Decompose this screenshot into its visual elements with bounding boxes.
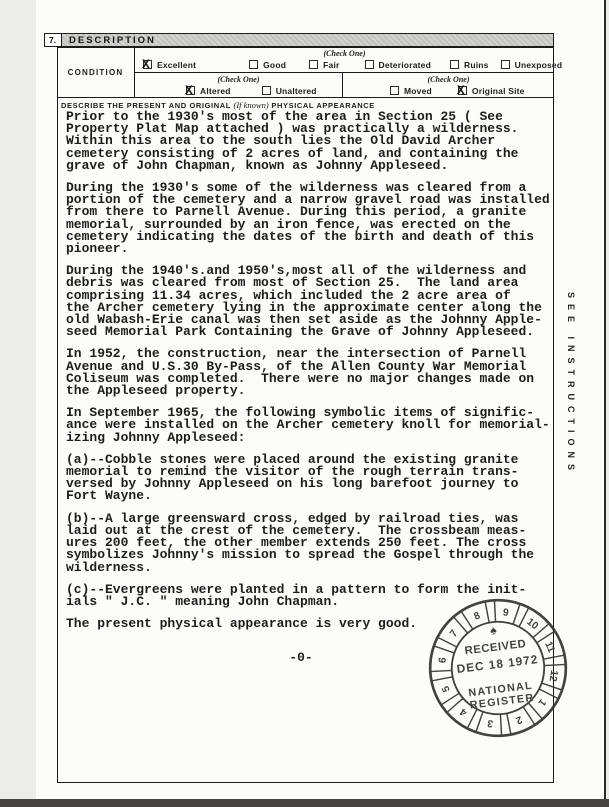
checkbox-option-unaltered[interactable]: Unaltered	[262, 86, 317, 96]
altered-cell: (Check One) AlteredUnaltered	[135, 73, 343, 98]
typewritten-paragraph: During the 1940's.and 1950's,most all of…	[66, 265, 558, 338]
checkbox-icon[interactable]	[390, 86, 399, 95]
checkbox-option-excellent[interactable]: Excellent	[143, 60, 196, 70]
checkbox-label: Altered	[200, 86, 231, 96]
checkbox-label: Ruins	[464, 60, 489, 70]
typewritten-paragraph: In 1952, the construction, near the inte…	[66, 348, 558, 397]
checkbox-icon[interactable]	[309, 60, 318, 69]
section-header-bar: 7. DESCRIPTION	[44, 33, 554, 47]
checkbox-option-ruins[interactable]: Ruins	[450, 60, 489, 70]
checkbox-icon[interactable]	[249, 60, 258, 69]
checkbox-icon[interactable]	[501, 60, 510, 69]
scan-bottom-edge	[0, 799, 609, 807]
stamp-dial-number: 3	[486, 717, 493, 729]
stamp-dial-number: 2	[514, 713, 524, 725]
stamp-dial-number: 8	[473, 610, 483, 622]
checkbox-label: Fair	[323, 60, 339, 70]
section-number: 7.	[44, 33, 62, 47]
condition-options-row1: ExcellentGoodFairDeterioratedRuinsUnexpo…	[135, 58, 554, 71]
checkbox-label: Unexposed	[515, 60, 563, 70]
checkbox-checked-icon[interactable]	[143, 60, 152, 69]
check-one-label-3: (Check One)	[343, 75, 554, 84]
typewritten-paragraph: In September 1965, the following symboli…	[66, 407, 558, 444]
condition-options-row2-left: AlteredUnaltered	[135, 84, 342, 97]
checkbox-option-altered[interactable]: Altered	[186, 86, 231, 96]
checkbox-option-deteriorated[interactable]: Deteriorated	[365, 60, 431, 70]
check-one-label-2: (Check One)	[135, 75, 342, 84]
typewritten-paragraph: (a)--Cobble stones were placed around th…	[66, 454, 558, 503]
checkbox-label: Excellent	[157, 60, 196, 70]
stamp-dial-number: 6	[437, 656, 449, 663]
moved-cell: (Check One) MovedOriginal Site	[343, 73, 554, 98]
scanned-document: 7. DESCRIPTION CONDITION (Check One) Exc…	[0, 0, 609, 807]
stamp-dial-number: 10	[524, 616, 540, 632]
received-date-stamp: 910111212345678 ♠ RECEIVED DEC 18 1972 N…	[414, 584, 581, 751]
checkbox-option-fair[interactable]: Fair	[309, 60, 339, 70]
checkbox-label: Good	[263, 60, 286, 70]
condition-table: CONDITION (Check One) ExcellentGoodFairD…	[57, 47, 554, 98]
checkbox-option-unexposed[interactable]: Unexposed	[501, 60, 563, 70]
checkbox-label: Moved	[404, 86, 432, 96]
typewritten-paragraph: Prior to the 1930's most of the area in …	[66, 111, 558, 172]
typewritten-paragraph: (b)--A large greensward cross, edged by …	[66, 513, 558, 574]
checkbox-icon[interactable]	[365, 60, 374, 69]
checkbox-label: Original Site	[472, 86, 525, 96]
stamp-dial-number: 7	[448, 628, 460, 640]
stamp-dial-number: 5	[440, 684, 452, 694]
stamp-dial-number: 12	[547, 669, 560, 682]
checkbox-option-good[interactable]: Good	[249, 60, 286, 70]
stamp-dial-number: 9	[502, 607, 509, 619]
checkbox-option-original-site[interactable]: Original Site	[458, 86, 525, 96]
checkbox-label: Unaltered	[276, 86, 317, 96]
checkbox-icon[interactable]	[450, 60, 459, 69]
spade-pointer-icon: ♠	[489, 623, 498, 638]
section-title: DESCRIPTION	[69, 35, 156, 46]
checkbox-option-moved[interactable]: Moved	[390, 86, 432, 96]
condition-options-row2-right: MovedOriginal Site	[343, 84, 554, 97]
condition-row-2: (Check One) AlteredUnaltered (Check One)…	[135, 73, 554, 98]
stamp-dial-number: 4	[458, 705, 470, 717]
typewritten-paragraph: During the 1930's some of the wilderness…	[66, 182, 558, 255]
condition-label: CONDITION	[57, 47, 135, 97]
see-instructions-note: SEE INSTRUCTIONS	[566, 292, 576, 476]
typewritten-text: Prior to the 1930's most of the area in …	[66, 111, 558, 665]
checkbox-checked-icon[interactable]	[458, 86, 467, 95]
stamp-dial-number: 1	[535, 696, 547, 708]
checkbox-checked-icon[interactable]	[186, 86, 195, 95]
stamp-dial-number: 11	[542, 640, 556, 654]
condition-row-1: (Check One) ExcellentGoodFairDeteriorate…	[135, 47, 554, 73]
checkbox-icon[interactable]	[262, 86, 271, 95]
checkbox-label: Deteriorated	[379, 60, 431, 70]
check-one-label-1: (Check One)	[135, 49, 554, 58]
